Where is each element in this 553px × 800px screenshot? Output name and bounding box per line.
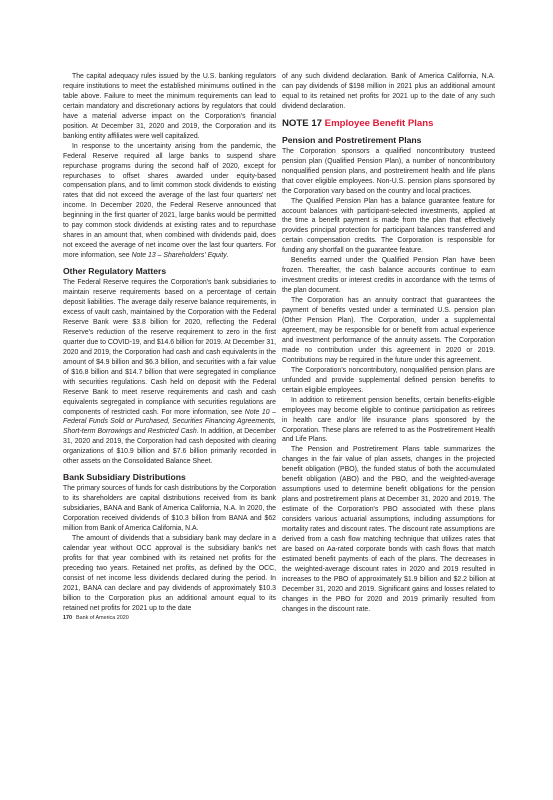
paragraph-pension-2: The Qualified Pension Plan has a balance… — [282, 197, 495, 257]
heading-bank-subsidiary-distributions: Bank Subsidiary Distributions — [63, 472, 276, 483]
paragraph-pension-5: The Corporation's noncontributory, nonqu… — [282, 366, 495, 396]
paragraph-capital-adequacy: The capital adequacy rules issued by the… — [63, 72, 276, 142]
paragraph-pension-1: The Corporation sponsors a qualified non… — [282, 147, 495, 197]
paragraph-other-regulatory: The Federal Reserve requires the Corpora… — [63, 278, 276, 467]
note-number: NOTE 17 — [282, 118, 322, 129]
paragraph-bank-subsidiary-2: The amount of dividends that a subsidiar… — [63, 534, 276, 614]
heading-other-regulatory-matters: Other Regulatory Matters — [63, 266, 276, 277]
paragraph-pension-3: Benefits earned under the Qualified Pens… — [282, 256, 495, 296]
paragraph-pandemic-response: In response to the uncertainty arising f… — [63, 142, 276, 261]
note-reference-link: Note 13 – Shareholders' Equity — [132, 252, 227, 259]
right-column: of any such dividend declaration. Bank o… — [282, 72, 495, 615]
paragraph-pension-4: The Corporation has an annuity contract … — [282, 296, 495, 366]
publication-name: Bank of America 2020 — [76, 615, 129, 621]
paragraph-pension-6: In addition to retirement pension benefi… — [282, 396, 495, 446]
page-footer: 170Bank of America 2020 — [63, 615, 129, 622]
note-title: Employee Benefit Plans — [325, 118, 434, 129]
note-heading: NOTE 17 Employee Benefit Plans — [282, 118, 495, 130]
left-column: The capital adequacy rules issued by the… — [63, 72, 276, 614]
heading-pension-postretirement: Pension and Postretirement Plans — [282, 135, 495, 146]
page-number: 170 — [63, 615, 72, 621]
paragraph-pension-7: The Pension and Postretirement Plans tab… — [282, 445, 495, 614]
paragraph-continuation: of any such dividend declaration. Bank o… — [282, 72, 495, 112]
paragraph-bank-subsidiary-1: The primary sources of funds for cash di… — [63, 484, 276, 534]
